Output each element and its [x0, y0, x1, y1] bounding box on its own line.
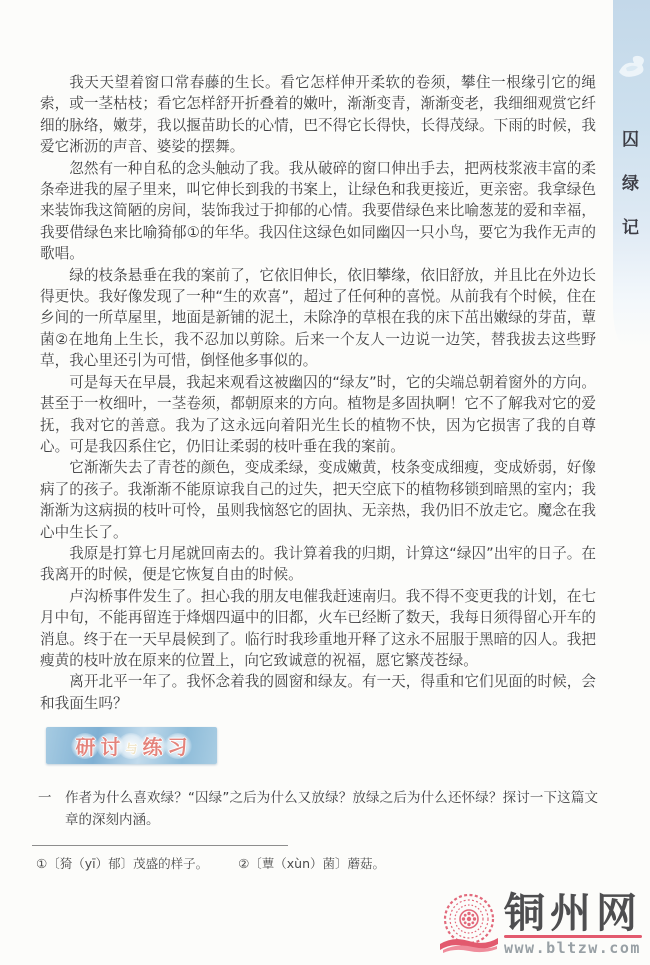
paragraph: 可是每天在早晨，我起来观看这被幽囚的“绿友”时，它的尖端总朝着窗外的方向。甚至于…: [40, 372, 596, 458]
chapter-side-strip: 囚绿记: [613, 0, 650, 348]
banner-char: 与: [124, 734, 138, 757]
watermark: 铜州网 www.bltzw.com: [439, 892, 642, 957]
paragraph: 我天天望着窗口常春藤的生长。看它怎样伸开柔软的卷须，攀住一根缘引它的绳索，或一茎…: [40, 72, 596, 158]
paragraph: 忽然有一种自私的念头触动了我。我从破碎的窗口伸出手去，把两枝浆液丰富的柔条牵进我…: [40, 158, 596, 265]
textbook-page: 囚绿记 我天天望着窗口常春藤的生长。看它怎样伸开柔软的卷须，攀住一根缘引它的绳索…: [0, 0, 650, 965]
exercise-item-1: 一 作者为什么喜欢绿？“囚绿”之后为什么又放绿？放绿之后为什么还怀绿？探讨一下这…: [38, 787, 598, 831]
watermark-red-line: [504, 935, 642, 938]
footnote-divider: [32, 845, 288, 846]
banner-char: 练: [142, 731, 164, 760]
exercise-section-banner: 研 讨 与 练 习: [46, 727, 217, 764]
dove-icon: [616, 52, 648, 82]
paragraph: 我原是打算七月尾就回南去的。我计算着我的归期，计算这“绿囚”出牢的日子。在我离开…: [40, 543, 596, 586]
article-body: 我天天望着窗口常春藤的生长。看它怎样伸开柔软的卷须，攀住一根缘引它的绳索，或一茎…: [40, 72, 596, 714]
chapter-title-vertical: 囚绿记: [616, 130, 641, 262]
watermark-site-name: 铜州网: [504, 892, 642, 934]
watermark-url: www.bltzw.com: [504, 939, 642, 957]
footnote-1: ①〔猗（yī）郁〕茂盛的样子。: [36, 854, 208, 872]
paragraph: 绿的枝条悬垂在我的案前了，它依旧伸长，依旧攀缘，依旧舒放，并且比在外边长得更快。…: [40, 265, 596, 372]
footnotes: ①〔猗（yī）郁〕茂盛的样子。 ②〔蕈（xùn）菌〕蘑菇。: [36, 854, 596, 872]
banner-char: 研: [74, 731, 96, 760]
paragraph: 离开北平一年了。我怀念着我的圆窗和绿友。有一天，得重和它们见面的时候，会和我面生…: [40, 671, 596, 714]
footnote-2: ②〔蕈（xùn）菌〕蘑菇。: [238, 854, 385, 872]
exercise-number: 一: [38, 787, 65, 809]
banner-char: 习: [167, 731, 189, 760]
watermark-text: 铜州网 www.bltzw.com: [504, 892, 642, 957]
paragraph: 卢沟桥事件发生了。担心我的朋友电催我赶速南归。我不得不变更我的计划，在七月中旬，…: [40, 586, 596, 672]
watermark-seal-icon: [439, 892, 499, 956]
exercise-question: 作者为什么喜欢绿？“囚绿”之后为什么又放绿？放绿之后为什么还怀绿？探讨一下这篇文…: [65, 787, 598, 831]
paragraph: 它渐渐失去了青苍的颜色，变成柔绿，变成嫩黄，枝条变成细瘦，变成娇弱，好像病了的孩…: [40, 457, 596, 543]
